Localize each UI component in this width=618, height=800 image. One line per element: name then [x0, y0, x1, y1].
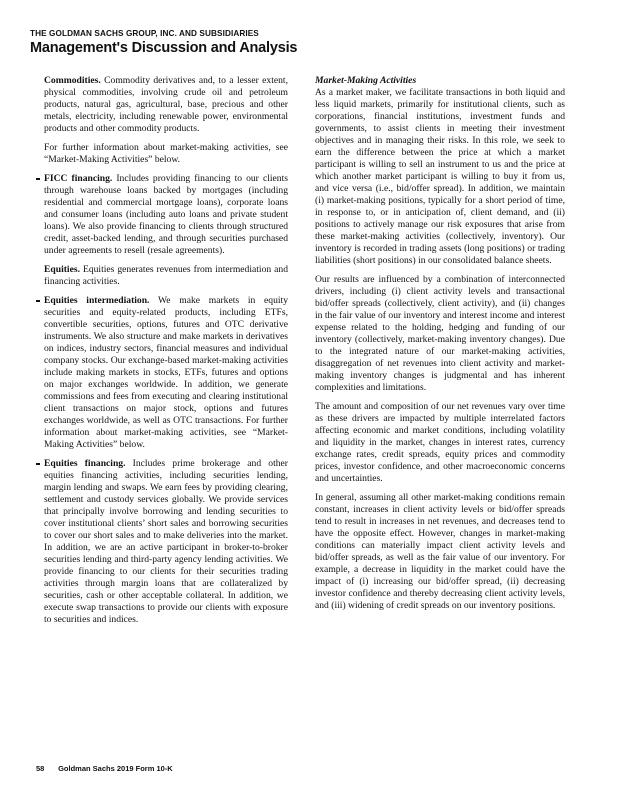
market-making-heading: Market-Making Activities: [315, 75, 565, 87]
paragraph-market-making-reference: For further information about market-mak…: [44, 142, 288, 166]
ficc-financing-text: Includes providing financing to our clie…: [44, 173, 288, 256]
page-footer: 58 Goldman Sachs 2019 Form 10-K: [36, 764, 173, 773]
bullet-equities-intermediation: Equities intermediation. We make markets…: [44, 295, 288, 451]
paragraph-commodities: Commodities. Commodity derivatives and, …: [44, 75, 288, 135]
company-name: THE GOLDMAN SACHS GROUP, INC. AND SUBSID…: [30, 29, 590, 39]
bullet-ficc-financing: FICC financing. Includes providing finan…: [44, 173, 288, 257]
paragraph-results-drivers: Our results are influenced by a combinat…: [315, 274, 565, 394]
paragraph-market-conditions: In general, assuming all other market-ma…: [315, 492, 565, 612]
page-header: THE GOLDMAN SACHS GROUP, INC. AND SUBSID…: [30, 29, 590, 57]
left-column: Commodities. Commodity derivatives and, …: [44, 75, 288, 633]
paragraph-net-revenues-composition: The amount and composition of our net re…: [315, 401, 565, 485]
section-title: Management's Discussion and Analysis: [30, 40, 590, 57]
document-name: Goldman Sachs 2019 Form 10-K: [58, 764, 173, 773]
ficc-financing-lead: FICC financing.: [44, 173, 112, 184]
commodities-lead: Commodities.: [44, 75, 101, 86]
equities-financing-lead: Equities financing.: [44, 458, 126, 469]
bullet-equities-financing: Equities financing. Includes prime broke…: [44, 458, 288, 626]
equities-text: Equities generates revenues from interme…: [44, 264, 288, 287]
equities-intermediation-lead: Equities intermediation.: [44, 295, 149, 306]
paragraph-equities: Equities. Equities generates revenues fr…: [44, 264, 288, 288]
right-column: Market-Making Activities As a market mak…: [315, 75, 565, 619]
equities-intermediation-text: We make markets in equity securities and…: [44, 295, 288, 450]
paragraph-market-maker-role: As a market maker, we facilitate transac…: [315, 87, 565, 267]
equities-financing-text: Includes prime brokerage and other equit…: [44, 458, 288, 625]
equities-lead: Equities.: [44, 264, 80, 275]
page-number: 58: [36, 764, 56, 773]
